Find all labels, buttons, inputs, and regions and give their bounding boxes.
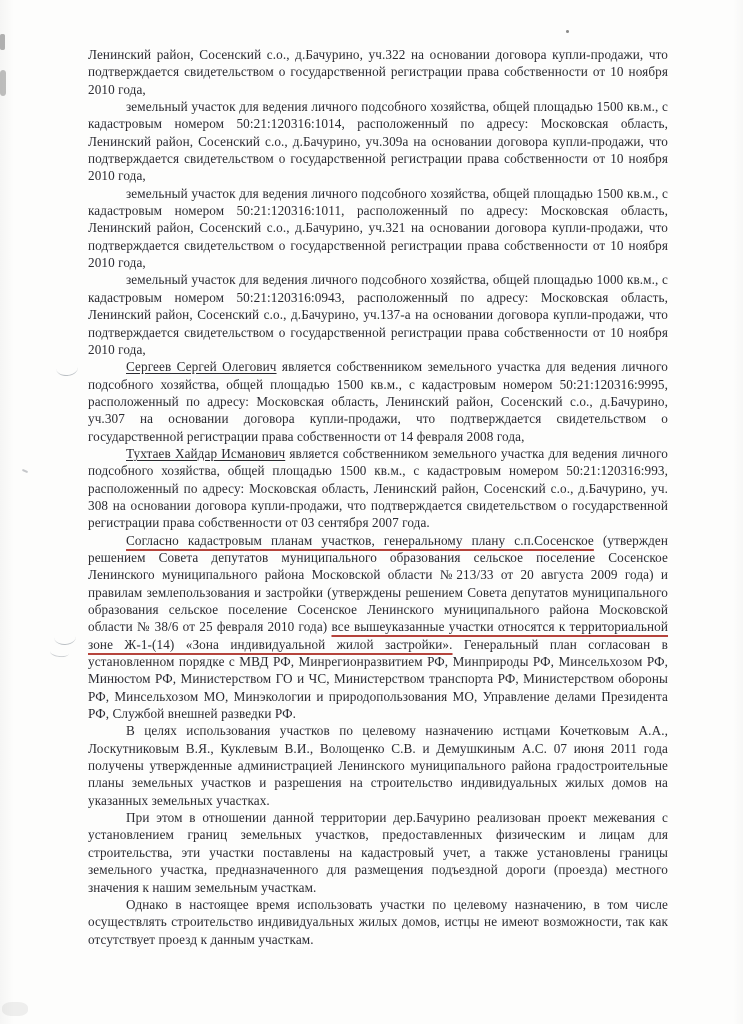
paragraph-text: земельный участок для ведения личного по…	[88, 272, 668, 356]
pen-mark-arc	[54, 628, 77, 645]
paragraph-text: Ленинский район, Сосенский с.о., д.Бачур…	[88, 47, 668, 97]
paragraph-owner-sergeev: Сергеев Сергей Олегович является собстве…	[88, 358, 668, 445]
pen-mark-arc	[55, 359, 78, 377]
underlined-name-tukhtaev: Тухтаев Хайдар Исманович	[126, 446, 285, 461]
scan-speck	[566, 30, 569, 33]
scan-edge-smudge	[2, 1002, 28, 1016]
scan-edge-smudge	[0, 34, 5, 50]
paragraph-text: земельный участок для ведения личного по…	[88, 186, 668, 270]
scan-speck	[22, 469, 28, 473]
pen-mark-arc	[50, 647, 70, 658]
paragraph-text: При этом в отношении данной территории д…	[88, 810, 668, 894]
paragraph-no-access: Однако в настоящее время использовать уч…	[88, 896, 668, 948]
paragraph-text: Однако в настоящее время использовать уч…	[88, 897, 668, 947]
paragraph-land-surveying: При этом в отношении данной территории д…	[88, 809, 668, 896]
scanned-document-page: Ленинский район, Сосенский с.о., д.Бачур…	[0, 0, 743, 1024]
document-body: Ленинский район, Сосенский с.о., д.Бачур…	[88, 46, 668, 948]
underlined-name-sergeev: Сергеев Сергей Олегович	[126, 359, 277, 374]
paragraph-text: земельный участок для ведения личного по…	[88, 99, 668, 183]
paragraph-land-plot-1014: земельный участок для ведения личного по…	[88, 98, 668, 185]
red-underlined-phrase-cadastral-plans: Согласно кадастровым планам участков, ге…	[126, 533, 594, 548]
paragraph-land-plot-1011: земельный участок для ведения личного по…	[88, 185, 668, 272]
paragraph-continuation: Ленинский район, Сосенский с.о., д.Бачур…	[88, 46, 668, 98]
paragraph-zoning: Согласно кадастровым планам участков, ге…	[88, 532, 668, 723]
paragraph-building-permits: В целях использования участков по целево…	[88, 722, 668, 809]
paragraph-text: В целях использования участков по целево…	[88, 723, 668, 807]
paragraph-owner-tukhtaev: Тухтаев Хайдар Исманович является собств…	[88, 445, 668, 532]
scan-edge-smudge	[0, 70, 6, 96]
paragraph-land-plot-0943: земельный участок для ведения личного по…	[88, 271, 668, 358]
